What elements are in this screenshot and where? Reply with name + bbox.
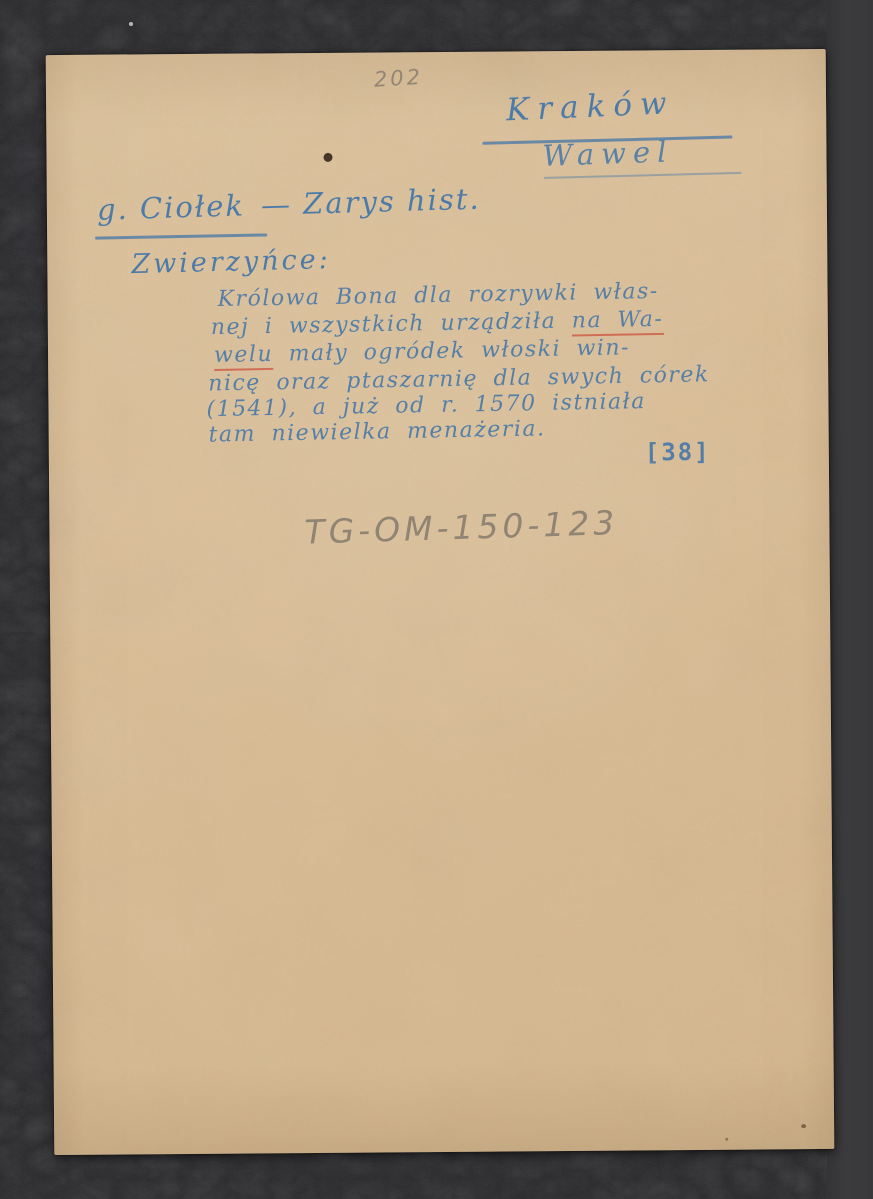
note-line: Królowa Bona dla rozrywki włas- <box>217 279 659 312</box>
red-underlined-text: welu <box>214 342 274 371</box>
subject-heading: Zwierzyńce: <box>131 244 331 280</box>
paper-speck <box>801 1124 806 1128</box>
note-text: mały ogródek włoski win- <box>273 335 630 367</box>
catalog-number: TG-OM-150-123 <box>304 503 619 552</box>
dust-speck <box>129 22 133 26</box>
reference-heading: g. Ciołek— Zarys hist. <box>96 182 481 227</box>
scanner-bed-strip <box>827 0 873 1199</box>
red-underlined-text: na Wa- <box>572 307 664 337</box>
wawel-underline <box>544 172 742 179</box>
citation-reference: [38] <box>645 438 711 467</box>
note-text: nej i wszystkich urządziła <box>211 309 572 341</box>
index-card: 202 Kraków Wawel g. Ciołek— Zarys hist. … <box>46 49 835 1155</box>
reference-title: — Zarys hist. <box>260 182 481 222</box>
ink-dot <box>323 153 332 162</box>
reference-author: g. Ciołek <box>96 188 245 226</box>
paper-speck <box>725 1138 728 1141</box>
place-name-wawel: Wawel <box>542 134 674 172</box>
place-name-krakow: Kraków <box>505 85 675 128</box>
author-underline <box>95 233 267 239</box>
scan-background: 202 Kraków Wawel g. Ciołek— Zarys hist. … <box>0 0 873 1199</box>
note-line: welu mały ogródek włoski win- <box>214 335 630 368</box>
note-line: tam niewielka menażeria. <box>208 416 545 447</box>
pencil-page-number: 202 <box>373 65 423 92</box>
